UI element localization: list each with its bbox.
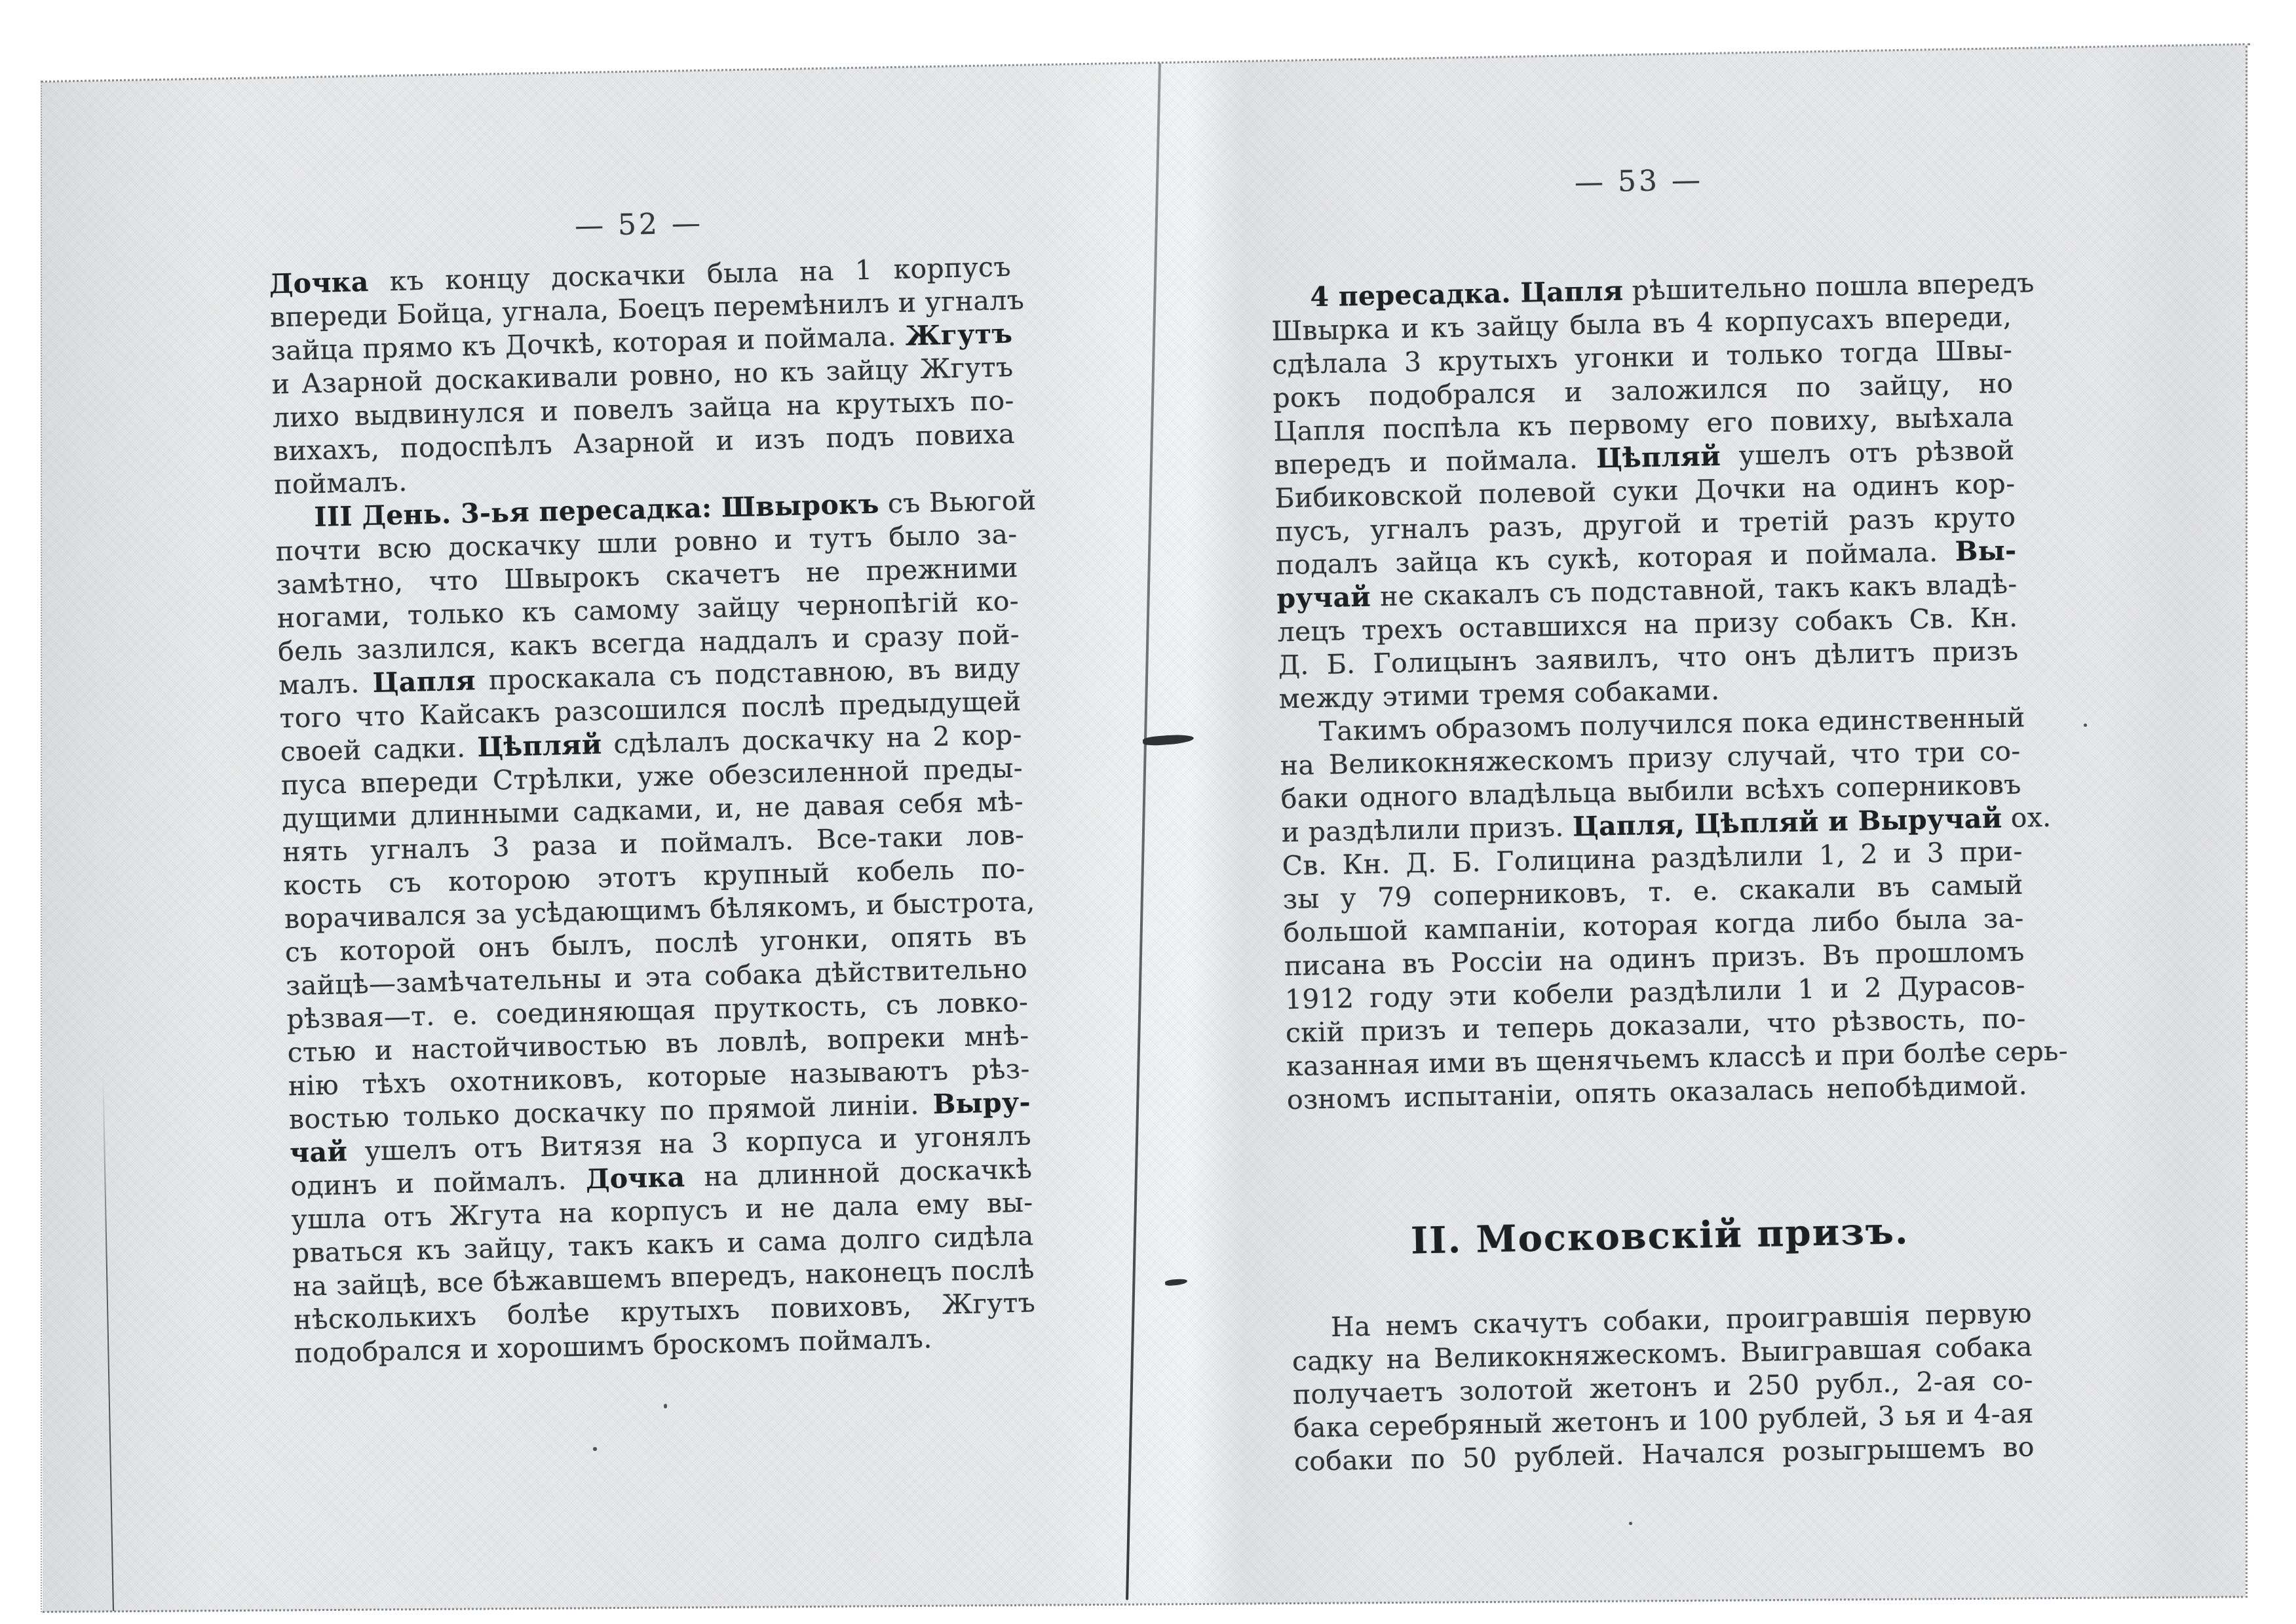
paper-speck: [1629, 1522, 1632, 1525]
paper-speck: [2084, 724, 2087, 727]
right-page-text-upper: 4 пересадка. Цапля рѣшительно пошла впер…: [1271, 267, 2027, 1117]
right-page: — 53 — 4 пересадка. Цапля рѣшительно пош…: [1269, 158, 2036, 1516]
paper-speck: [593, 1447, 597, 1451]
section-heading: II. Московскій призъ.: [1290, 1207, 2031, 1266]
left-page: — 52 — Дочка къ концу доскачки была на 1…: [268, 200, 1038, 1416]
scanned-book-spread: { "colors": { "paper": "#e9ebed", "ink":…: [0, 0, 2296, 1624]
left-page-text: Дочка къ концу доскачки была на 1 корпус…: [269, 250, 1036, 1370]
right-page-text-lower: На немъ скачутъ собаки, проигравшія перв…: [1291, 1297, 2035, 1479]
